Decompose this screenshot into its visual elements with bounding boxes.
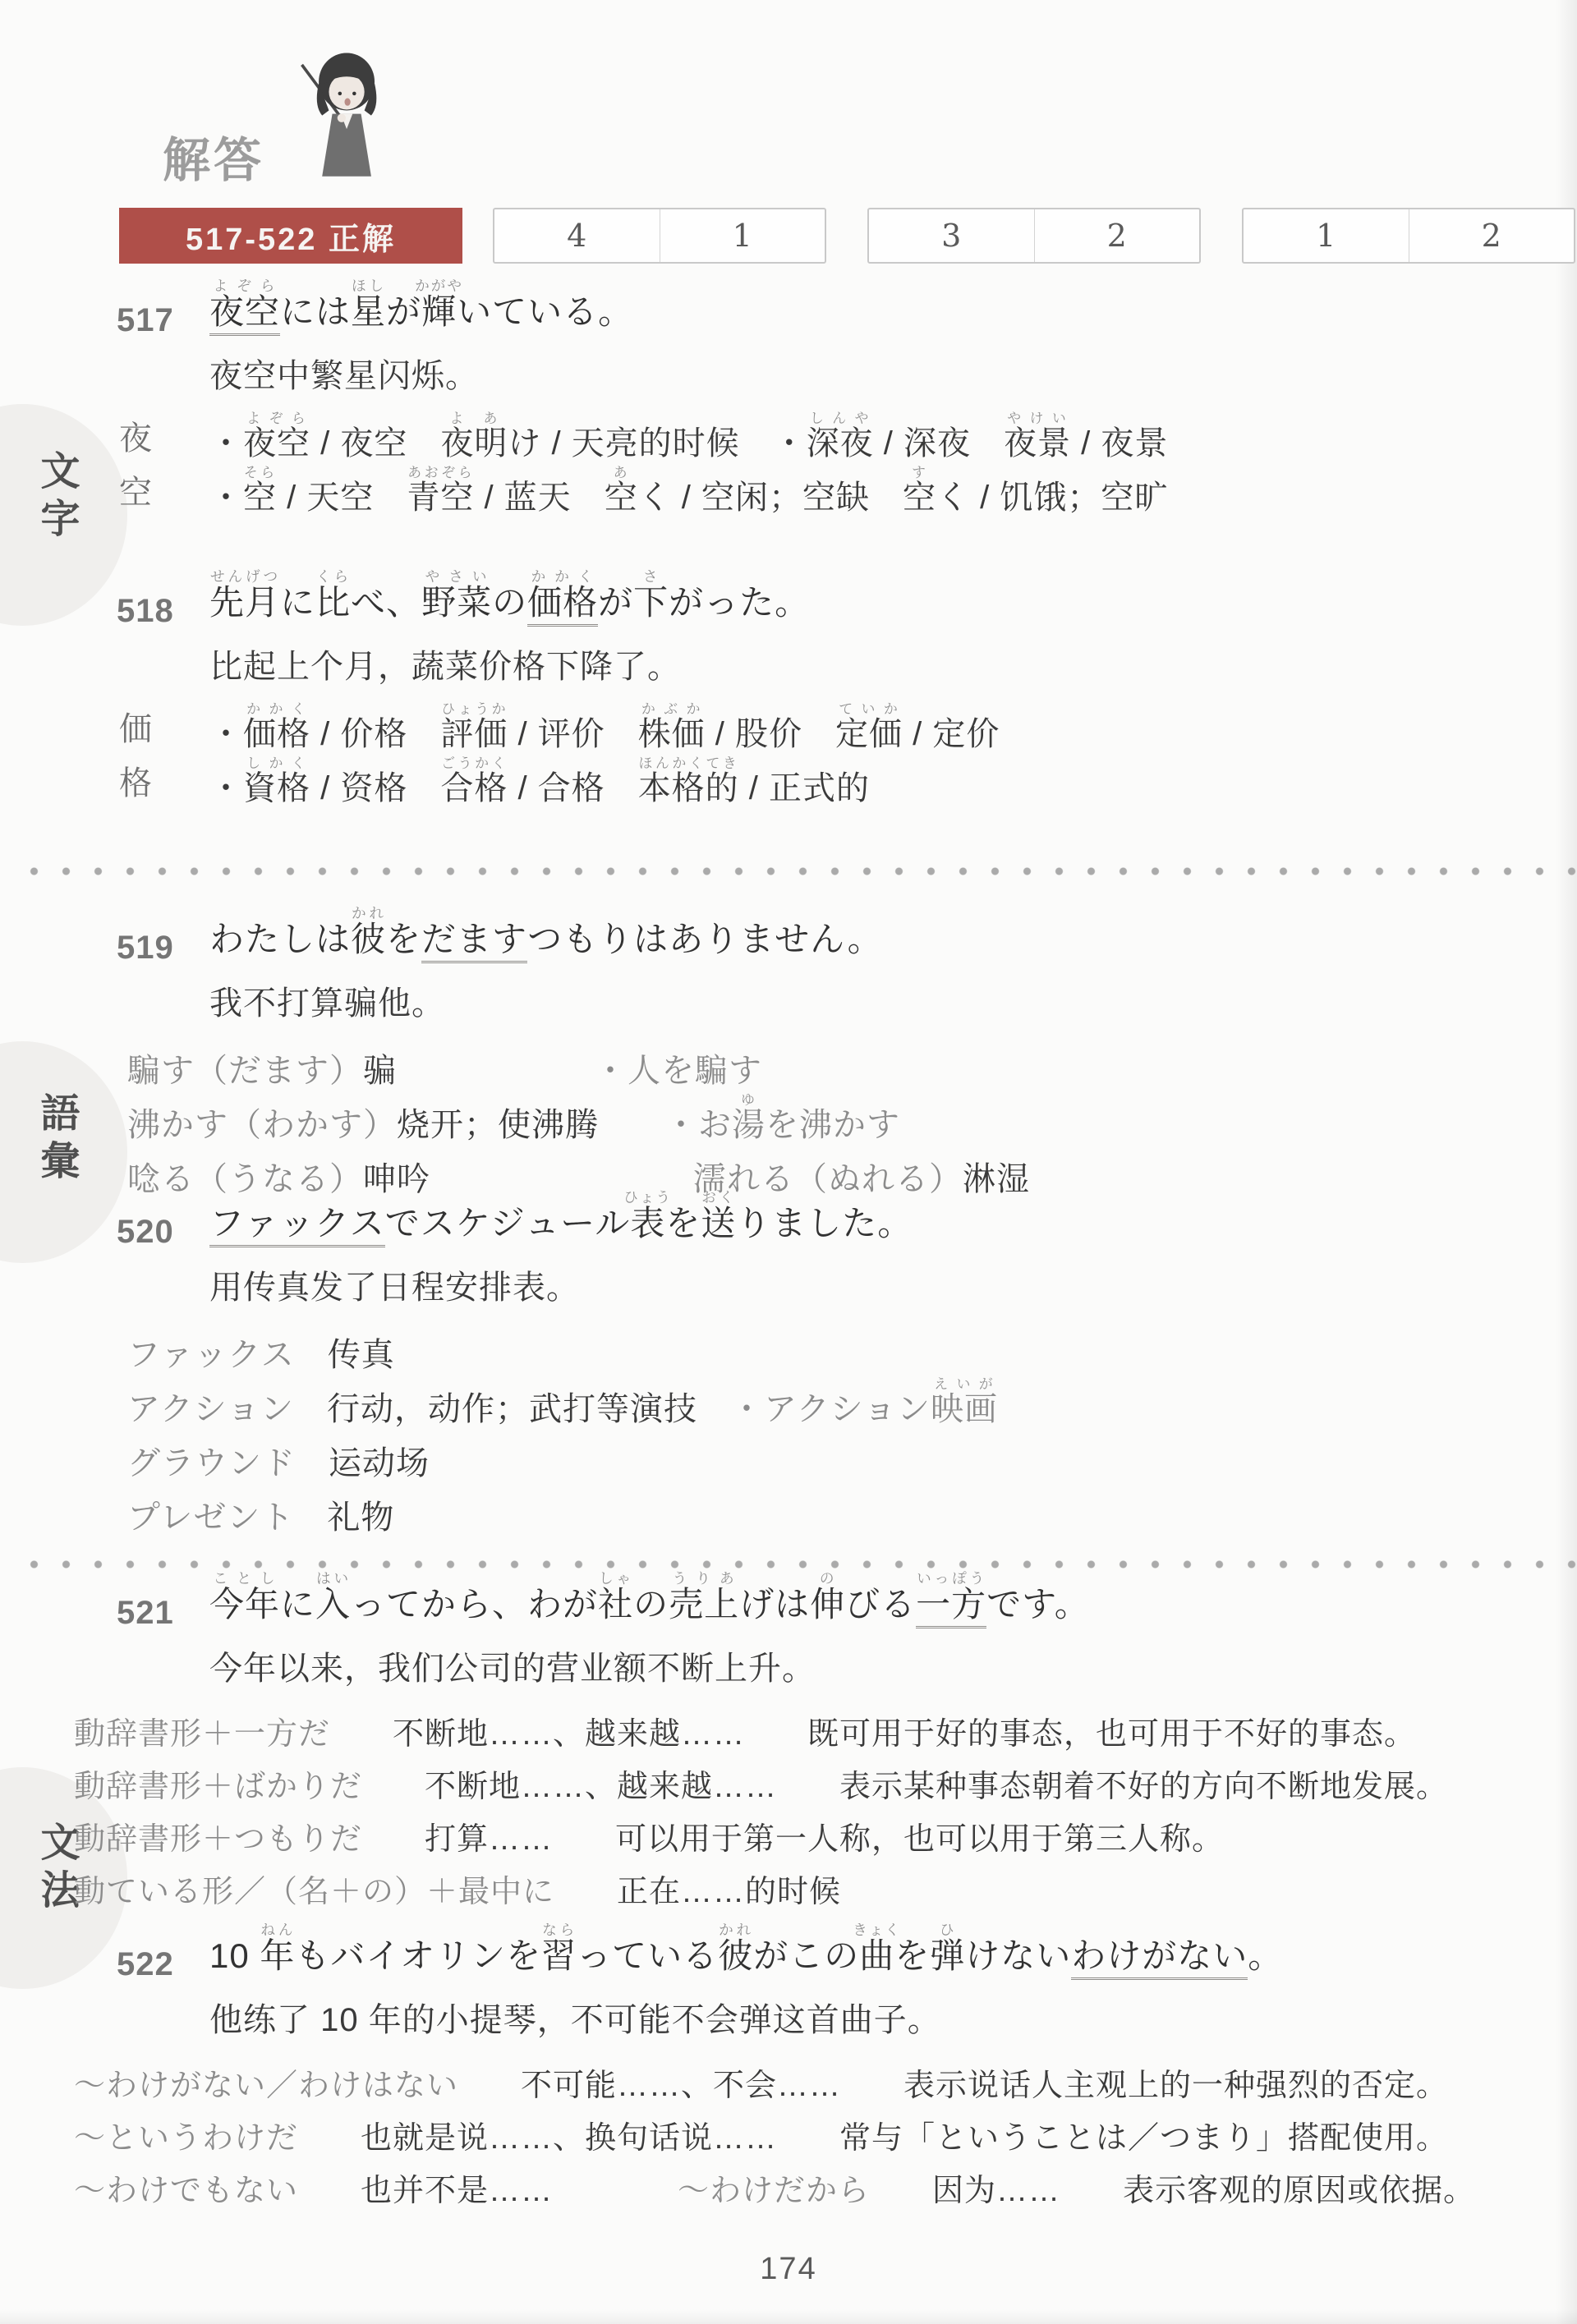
text-segment: がった。: [669, 583, 810, 622]
base-text: 下: [633, 583, 669, 622]
base-text: 星: [351, 292, 386, 331]
question-518: 518 先月せんげつに比くらべ、野菜やさいの価格かかくが下さがった。 比起上个月…: [0, 568, 1577, 807]
text-segment: 。: [1248, 1936, 1283, 1975]
text-segment: 定価ていか: [835, 716, 903, 752]
detail-row: グラウンド运动场: [127, 1428, 1577, 1482]
text-segment: 也并不是……: [361, 2174, 553, 2208]
furigana: なら: [541, 1922, 577, 1938]
question-517: 517 夜空よぞらには星ほしが輝かがやいている。 夜空中繁星闪烁。 夜・夜空よぞ…: [0, 278, 1577, 517]
answer-box-group-2: 3 2: [867, 208, 1201, 264]
furigana: かかく: [243, 701, 310, 717]
question-number: 520: [117, 1214, 174, 1251]
text-segment: 也就是说……、换句话说……: [361, 2121, 777, 2156]
text-segment: 表示客观的原因或依据。: [1123, 2174, 1475, 2208]
detail-row: 騙す（だます）骗・人を騙す: [127, 1036, 1577, 1090]
kanji-label: 空: [119, 466, 153, 513]
furigana: きょく: [853, 1922, 901, 1938]
detail-row: プレゼント礼物: [127, 1482, 1577, 1536]
grammar-rows: 動辞書形＋一方だ不断地……、越来越……既可用于好的事态，也可用于不好的事态。動辞…: [0, 1701, 1577, 1911]
base-text: 深夜: [807, 425, 874, 462]
grammar-pattern: プレゼント: [127, 1500, 294, 1536]
text-segment: 野菜やさい: [421, 583, 492, 622]
text-segment: / 蓝天: [474, 480, 571, 516]
question-522: 522 10 年ねんもバイオリンを習ならっている彼かれがこの曲きょくを弾ひけない…: [0, 1922, 1577, 2210]
furigana: ゆ: [732, 1092, 766, 1108]
row-content: ・夜空よぞら / 夜空夜明よあけ / 天亮的时候・深夜しんや / 深夜夜景やけい…: [209, 411, 1168, 462]
base-text: 伸: [810, 1585, 845, 1624]
text-segment: 骗: [363, 1053, 397, 1089]
question-number: 519: [117, 930, 174, 967]
text-segment: / 正式的: [739, 770, 870, 806]
text-segment: を: [665, 1204, 701, 1242]
text-segment: 不可能……、不会……: [521, 2069, 841, 2103]
question-520: 520 ファックスでスケジュール表ひょうを送おくりました。 用传真发了日程安排表…: [0, 1189, 1577, 1536]
text-segment: / 夜景: [1071, 425, 1168, 462]
text-segment: 青空あおぞら: [407, 480, 474, 516]
answer-cell: 2: [1409, 209, 1575, 262]
text-segment: 夜景やけい: [1004, 425, 1071, 462]
underlined-term: 価格かかく: [527, 583, 598, 627]
chinese-translation: 他练了 10 年的小提琴，不可能不会弹这首曲子。: [0, 1994, 1577, 2041]
base-text: 株価: [638, 716, 706, 752]
base-text: 価格: [527, 583, 598, 622]
base-text: 今年: [209, 1585, 280, 1624]
text-segment: / 评价: [508, 716, 605, 752]
furigana: さ: [633, 568, 669, 585]
grammar-pattern: アクション: [127, 1391, 294, 1427]
row-content: プレゼント礼物: [127, 1499, 394, 1536]
eye-right: [352, 92, 356, 96]
kanji-usage-row: 格・資格しかく / 资格合格ごうかく / 合格本格的ほんかくてき / 正式的: [209, 753, 1577, 807]
text-segment: / 资格: [310, 770, 407, 806]
grammar-pattern: 動辞書形＋一方だ: [74, 1717, 330, 1752]
dotted-divider: [18, 866, 1577, 877]
answer-cell: 1: [1244, 209, 1409, 262]
furigana: おく: [701, 1189, 736, 1206]
furigana: かれ: [718, 1922, 753, 1938]
text-segment: べ、: [351, 583, 421, 622]
kanji-label: 格: [119, 757, 153, 804]
detail-row: ～わけでもない也并不是……～わけだから因为……表示客观的原因或依据。: [74, 2157, 1577, 2210]
grammar-pattern: ～わけでもない: [74, 2174, 298, 2208]
question-sentence: 10 年ねんもバイオリンを習ならっている彼かれがこの曲きょくを弾ひけないわけがな…: [0, 1922, 1577, 1982]
underlined-term: わけがない: [1071, 1936, 1248, 1980]
text-segment: びる: [845, 1585, 916, 1624]
text-segment: 打算……: [425, 1822, 553, 1857]
mouth: [344, 99, 350, 106]
furigana: あおぞら: [407, 465, 474, 480]
text-segment: 空あ: [605, 480, 638, 516]
text-segment: の: [633, 1585, 669, 1624]
grammar-pattern: 動辞書形＋つもりだ: [74, 1822, 362, 1857]
kanji-label: 価: [119, 703, 153, 750]
grammar-pattern: を沸かす: [766, 1107, 900, 1143]
teacher-girl-illustration: [271, 39, 419, 183]
text-segment: ってから、わが: [351, 1585, 598, 1624]
text-segment: 烧开；使沸腾: [397, 1107, 599, 1143]
row-content: ・空そら / 天空青空あおぞら / 蓝天空あく / 空闲；空缺空すく / 饥饿；…: [209, 465, 1168, 517]
text-segment: 合格ごうかく: [440, 770, 508, 806]
text-segment: いている。: [457, 292, 633, 331]
grammar-pattern: 沸かす（わかす）: [127, 1107, 397, 1143]
detail-row: 沸かす（わかす）烧开；使沸腾・お湯ゆを沸かす: [127, 1090, 1577, 1144]
text-segment: ・: [209, 716, 243, 752]
text-segment: / 价格: [310, 716, 407, 752]
text-segment: 既可用于好的事态，也可用于不好的事态。: [807, 1717, 1416, 1752]
text-segment: / 深夜: [874, 425, 971, 462]
chinese-translation: 比起上个月，蔬菜价格下降了。: [0, 641, 1577, 687]
row-content: ・価格かかく / 价格評価ひょうか / 评价株価かぶか / 股价定価ていか / …: [209, 701, 1000, 753]
kanji-usage-row: 夜・夜空よぞら / 夜空夜明よあけ / 天亮的时候・深夜しんや / 深夜夜景やけ…: [209, 408, 1577, 462]
question-521: 521 今年ことしに入はいってから、わが社しゃの売上うりあげは伸のびる一方いっぽ…: [0, 1570, 1577, 1911]
text-segment: 星ほし: [351, 292, 386, 331]
text-segment: 不断地……、越来越……: [393, 1717, 745, 1752]
furigana: かかく: [527, 568, 598, 585]
base-text: 価格: [243, 716, 310, 752]
furigana: かれ: [351, 905, 386, 921]
text-segment: 夜空よぞら: [243, 425, 310, 462]
question-sentence: ファックスでスケジュール表ひょうを送おくりました。: [0, 1189, 1577, 1250]
text-segment: 入はい: [315, 1585, 351, 1624]
text-segment: 伸の: [810, 1585, 845, 1624]
row-content: アクション行动，动作；武打等演技・アクション映画えいが: [127, 1376, 998, 1428]
furigana: ごうかく: [440, 756, 508, 771]
underlined-term: だます: [421, 920, 527, 963]
answer-box-group-1: 4 1: [493, 208, 826, 264]
text-segment: ・: [209, 770, 243, 806]
text-segment: 価格かかく: [243, 716, 310, 752]
text-segment: 彼かれ: [718, 1936, 753, 1975]
row-content: 沸かす（わかす）烧开；使沸腾・お湯ゆを沸かす: [127, 1092, 900, 1144]
text-segment: く / 饥饿；空旷: [936, 480, 1168, 516]
question-number: 518: [117, 593, 174, 630]
page-title: 解答: [163, 122, 264, 191]
detail-row: ～わけがない／わけはない不可能……、不会……表示说话人主观上的一种强烈的否定。: [74, 2052, 1577, 2105]
furigana: よぞら: [243, 411, 310, 426]
vocab-rows: ファックス传真アクション行动，动作；武打等演技・アクション映画えいがグラウンド运…: [0, 1320, 1577, 1536]
text-segment: 先月せんげつ: [209, 583, 280, 622]
underlined-term: ファックス: [209, 1204, 385, 1247]
text-segment: 株価かぶか: [638, 716, 706, 752]
grammar-pattern: 湯ゆ: [732, 1107, 766, 1143]
furigana: ひょうか: [440, 701, 508, 717]
scan-shading-bottom: [0, 2309, 1577, 2324]
text-segment: 正在……的时候: [617, 1875, 841, 1909]
detail-row: 動辞書形＋一方だ不断地……、越来越……既可用于好的事态，也可用于不好的事态。: [74, 1701, 1577, 1753]
text-segment: わたしは: [209, 920, 351, 958]
question-number: 522: [117, 1946, 174, 1983]
furigana: す: [903, 465, 936, 480]
text-segment: ・: [209, 480, 243, 516]
base-text: 映画: [931, 1391, 998, 1427]
base-text: 青空: [407, 480, 474, 516]
furigana: いっぽう: [916, 1570, 986, 1587]
text-segment: に: [280, 583, 315, 622]
grammar-pattern: 動辞書形＋ばかりだ: [74, 1770, 362, 1804]
chinese-translation: 我不打算骗他。: [0, 977, 1577, 1024]
base-text: 弾: [930, 1936, 965, 1975]
detail-row: 動辞書形＋ばかりだ不断地……、越来越……表示某种事态朝着不好的方向不断地发展。: [74, 1753, 1577, 1806]
text-segment: っている: [577, 1936, 718, 1975]
base-text: 彼: [718, 1936, 753, 1975]
row-content: ・資格しかく / 资格合格ごうかく / 合格本格的ほんかくてき / 正式的: [209, 756, 870, 807]
furigana: しゃ: [598, 1570, 633, 1587]
question-number: 521: [117, 1595, 174, 1632]
text-segment: 夜明よあ: [440, 425, 508, 462]
detail-row: ファックス传真: [127, 1320, 1577, 1374]
answer-box-group-3: 1 2: [1242, 208, 1575, 264]
text-segment: 表ひょう: [630, 1204, 665, 1242]
text-segment: 評価ひょうか: [440, 716, 508, 752]
detail-row: アクション行动，动作；武打等演技・アクション映画えいが: [127, 1374, 1577, 1428]
grammar-pattern: 映画えいが: [931, 1391, 998, 1427]
base-text: 資格: [243, 770, 310, 806]
text-segment: 比くら: [315, 583, 351, 622]
answer-cell: 1: [660, 209, 825, 262]
answer-cell: 3: [869, 209, 1034, 262]
text-segment: です。: [986, 1585, 1090, 1624]
text-segment: 可以用于第一人称，也可以用于第三人称。: [615, 1822, 1224, 1857]
text-segment: 本格的ほんかくてき: [638, 770, 739, 806]
answer-cell: 2: [1034, 209, 1200, 262]
furigana: しかく: [243, 756, 310, 771]
text-segment: りました。: [736, 1204, 913, 1242]
question-sentence: 夜空よぞらには星ほしが輝かがやいている。: [0, 278, 1577, 338]
text-segment: 習なら: [541, 1936, 577, 1975]
grammar-pattern: 騙す（だます）: [127, 1053, 363, 1089]
grammar-pattern: ～わけがない／わけはない: [74, 2069, 458, 2103]
furigana: えいが: [931, 1376, 998, 1392]
vocab-rows: 騙す（だます）骗・人を騙す沸かす（わかす）烧开；使沸腾・お湯ゆを沸かす唸る（うな…: [0, 1036, 1577, 1198]
base-text: 入: [315, 1585, 351, 1624]
chinese-translation: 夜空中繁星闪烁。: [0, 350, 1577, 397]
text-segment: が: [598, 583, 633, 622]
text-segment: 下さ: [633, 583, 669, 622]
base-text: 合格: [440, 770, 508, 806]
furigana: ひ: [930, 1922, 965, 1938]
text-segment: を: [894, 1936, 930, 1975]
furigana: ねん: [260, 1922, 295, 1938]
kanji-usage-rows: 価・価格かかく / 价格評価ひょうか / 评价株価かぶか / 股价定価ていか /…: [0, 699, 1577, 807]
base-text: 夜明: [440, 425, 508, 462]
grammar-pattern: ファックス: [127, 1337, 295, 1373]
furigana: あ: [605, 465, 638, 480]
answer-cell: 4: [494, 209, 660, 262]
text-segment: の: [492, 583, 527, 622]
text-segment: く / 空闲；空缺: [638, 480, 870, 516]
base-text: 一方: [916, 1585, 986, 1624]
base-text: 空: [903, 480, 936, 516]
furigana: よあ: [440, 411, 508, 426]
text-segment: / 夜空: [310, 425, 407, 462]
dotted-divider: [18, 1559, 1577, 1570]
row-content: ～わけがない／わけはない不可能……、不会……表示说话人主观上的一种强烈的否定。: [74, 2069, 1448, 2105]
base-text: 社: [598, 1585, 633, 1624]
grammar-pattern: 動ている形／（名＋の）＋最中に: [74, 1875, 554, 1909]
base-text: 本格的: [638, 770, 739, 806]
text-segment: 年ねん: [260, 1936, 295, 1975]
text-segment: 資格しかく: [243, 770, 310, 806]
base-text: 年: [260, 1936, 295, 1975]
furigana: やけい: [1004, 411, 1071, 426]
text-segment: 运动场: [329, 1445, 430, 1481]
grammar-rows: ～わけがない／わけはない不可能……、不会……表示说话人主观上的一种强烈的否定。～…: [0, 2052, 1577, 2210]
furigana: やさい: [421, 568, 492, 585]
kanji-usage-rows: 夜・夜空よぞら / 夜空夜明よあけ / 天亮的时候・深夜しんや / 深夜夜景やけ…: [0, 408, 1577, 517]
base-text: 売上: [669, 1585, 739, 1624]
text-segment: ・: [209, 425, 243, 462]
base-text: 評価: [440, 716, 508, 752]
base-text: 夜空: [209, 292, 280, 331]
text-segment: ・: [773, 425, 807, 462]
grammar-pattern: グラウンド: [127, 1445, 296, 1481]
question-sentence: 先月せんげつに比くらべ、野菜やさいの価格かかくが下さがった。: [0, 568, 1577, 629]
grammar-pattern: ～というわけだ: [74, 2121, 298, 2156]
text-segment: 常与「ということは／つまり」搭配使用。: [839, 2121, 1448, 2156]
row-content: ～わけでもない也并不是……～わけだから因为……表示客观的原因或依据。: [74, 2174, 1475, 2210]
row-content: 動ている形／（名＋の）＋最中に正在……的时候: [74, 1875, 841, 1911]
grammar-pattern: ・アクション: [730, 1391, 931, 1427]
furigana: かぶか: [638, 701, 706, 717]
kanji-label: 夜: [119, 412, 153, 459]
text-segment: げは: [739, 1585, 810, 1624]
question-sentence: 今年ことしに入はいってから、わが社しゃの売上うりあげは伸のびる一方いっぽうです。: [0, 1570, 1577, 1631]
text-segment: 表示说话人主观上的一种强烈的否定。: [903, 2069, 1448, 2103]
text-segment: 传真: [328, 1337, 395, 1373]
furigana: ことし: [209, 1570, 280, 1587]
base-text: 夜景: [1004, 425, 1071, 462]
underlined-term: 一方いっぽう: [916, 1585, 986, 1628]
text-segment: / 股价: [706, 716, 802, 752]
text-segment: / 天空: [277, 480, 374, 516]
text-segment: 空す: [903, 480, 936, 516]
furigana: よぞら: [209, 278, 280, 294]
furigana: ひょう: [623, 1189, 672, 1206]
text-segment: 彼かれ: [351, 920, 386, 958]
base-text: 送: [701, 1204, 736, 1242]
text-segment: 空そら: [243, 480, 277, 516]
row-content: ファックス传真: [127, 1336, 395, 1374]
chinese-translation: 用传真发了日程安排表。: [0, 1261, 1577, 1308]
answer-range-bar: 517-522 正解: [119, 208, 462, 264]
text-segment: 曲きょく: [859, 1936, 894, 1975]
base-text: 空: [605, 480, 638, 516]
furigana: かがや: [415, 278, 463, 294]
text-segment: 送おく: [701, 1204, 736, 1242]
text-segment: 今年ことし: [209, 1585, 280, 1624]
text-segment: でスケジュール: [385, 1204, 630, 1242]
furigana: そら: [243, 465, 277, 480]
base-text: 野菜: [421, 583, 492, 622]
text-segment: 不断地……、越来越……: [425, 1770, 777, 1804]
row-content: 動辞書形＋つもりだ打算……可以用于第一人称，也可以用于第三人称。: [74, 1822, 1224, 1858]
base-text: 習: [541, 1936, 577, 1975]
page-number: 174: [0, 2252, 1577, 2287]
furigana: せんげつ: [209, 568, 280, 585]
text-segment: には: [280, 292, 351, 331]
furigana: ほし: [351, 278, 386, 294]
text-segment: 行动，动作；武打等演技: [327, 1391, 697, 1427]
grammar-pattern: ～わけだから: [678, 2174, 870, 2208]
furigana: くら: [315, 568, 351, 585]
text-segment: 礼物: [327, 1500, 394, 1536]
row-content: 動辞書形＋一方だ不断地……、越来越……既可用于好的事态，也可用于不好的事态。: [74, 1717, 1416, 1753]
text-segment: 表示某种事态朝着不好的方向不断地发展。: [839, 1770, 1448, 1804]
base-text: 湯: [732, 1107, 766, 1143]
text-segment: を: [386, 920, 421, 958]
base-text: 彼: [351, 920, 386, 958]
detail-row: 動ている形／（名＋の）＋最中に正在……的时候: [74, 1858, 1577, 1911]
detail-row: ～というわけだ也就是说……、换句话说……常与「ということは／つまり」搭配使用。: [74, 2105, 1577, 2157]
row-content: 騙す（だます）骗・人を騙す: [127, 1052, 762, 1090]
base-text: 比: [315, 583, 351, 622]
text-segment: 弾ひ: [930, 1936, 965, 1975]
text-segment: け / 天亮的时候: [508, 425, 739, 462]
base-text: 空: [243, 480, 277, 516]
text-segment: つもりはありません。: [527, 920, 883, 958]
chinese-translation: 今年以来，我们公司的营业额不断上升。: [0, 1642, 1577, 1689]
furigana: しんや: [807, 411, 874, 426]
question-sentence: わたしは彼かれをだますつもりはありません。: [0, 905, 1577, 966]
text-segment: 因为……: [932, 2174, 1060, 2208]
kanji-usage-row: 価・価格かかく / 价格評価ひょうか / 评价株価かぶか / 股价定価ていか /…: [209, 699, 1577, 753]
text-segment: もバイオリンを: [295, 1936, 541, 1975]
row-content: 動辞書形＋ばかりだ不断地……、越来越……表示某种事态朝着不好的方向不断地发展。: [74, 1770, 1448, 1806]
base-text: 定価: [835, 716, 903, 752]
furigana: うりあ: [669, 1570, 739, 1587]
text-segment: 社しゃ: [598, 1585, 633, 1624]
grammar-pattern: ・人を騙す: [594, 1053, 762, 1089]
hand: [338, 114, 346, 122]
text-segment: がこの: [753, 1936, 859, 1975]
kanji-usage-row: 空・空そら / 天空青空あおぞら / 蓝天空あく / 空闲；空缺空すく / 饥饿…: [209, 462, 1577, 517]
underlined-term: 夜空よぞら: [209, 292, 280, 336]
text-segment: 売上うりあ: [669, 1585, 739, 1624]
text-segment: に: [280, 1585, 315, 1624]
row-content: グラウンド运动场: [127, 1444, 430, 1482]
detail-row: 動辞書形＋つもりだ打算……可以用于第一人称，也可以用于第三人称。: [74, 1806, 1577, 1858]
base-text: 夜空: [243, 425, 310, 462]
text-segment: / 合格: [508, 770, 605, 806]
text-segment: 輝かがや: [421, 292, 457, 331]
row-content: ～というわけだ也就是说……、换句话说……常与「ということは／つまり」搭配使用。: [74, 2121, 1448, 2157]
text-segment: けない: [965, 1936, 1071, 1975]
text-segment: 深夜しんや: [807, 425, 874, 462]
furigana: ほんかくてき: [638, 756, 739, 771]
furigana: はい: [315, 1570, 351, 1587]
text-segment: / 定价: [903, 716, 1000, 752]
base-text: 先月: [209, 583, 280, 622]
grammar-pattern: ・お: [664, 1107, 732, 1143]
question-519: 519 わたしは彼かれをだますつもりはありません。 我不打算骗他。 騙す（だます…: [0, 905, 1577, 1198]
furigana: の: [810, 1570, 845, 1587]
furigana: ていか: [835, 701, 903, 717]
eye-left: [338, 92, 343, 96]
text-segment: 10: [209, 1936, 260, 1975]
question-number: 517: [117, 302, 174, 339]
